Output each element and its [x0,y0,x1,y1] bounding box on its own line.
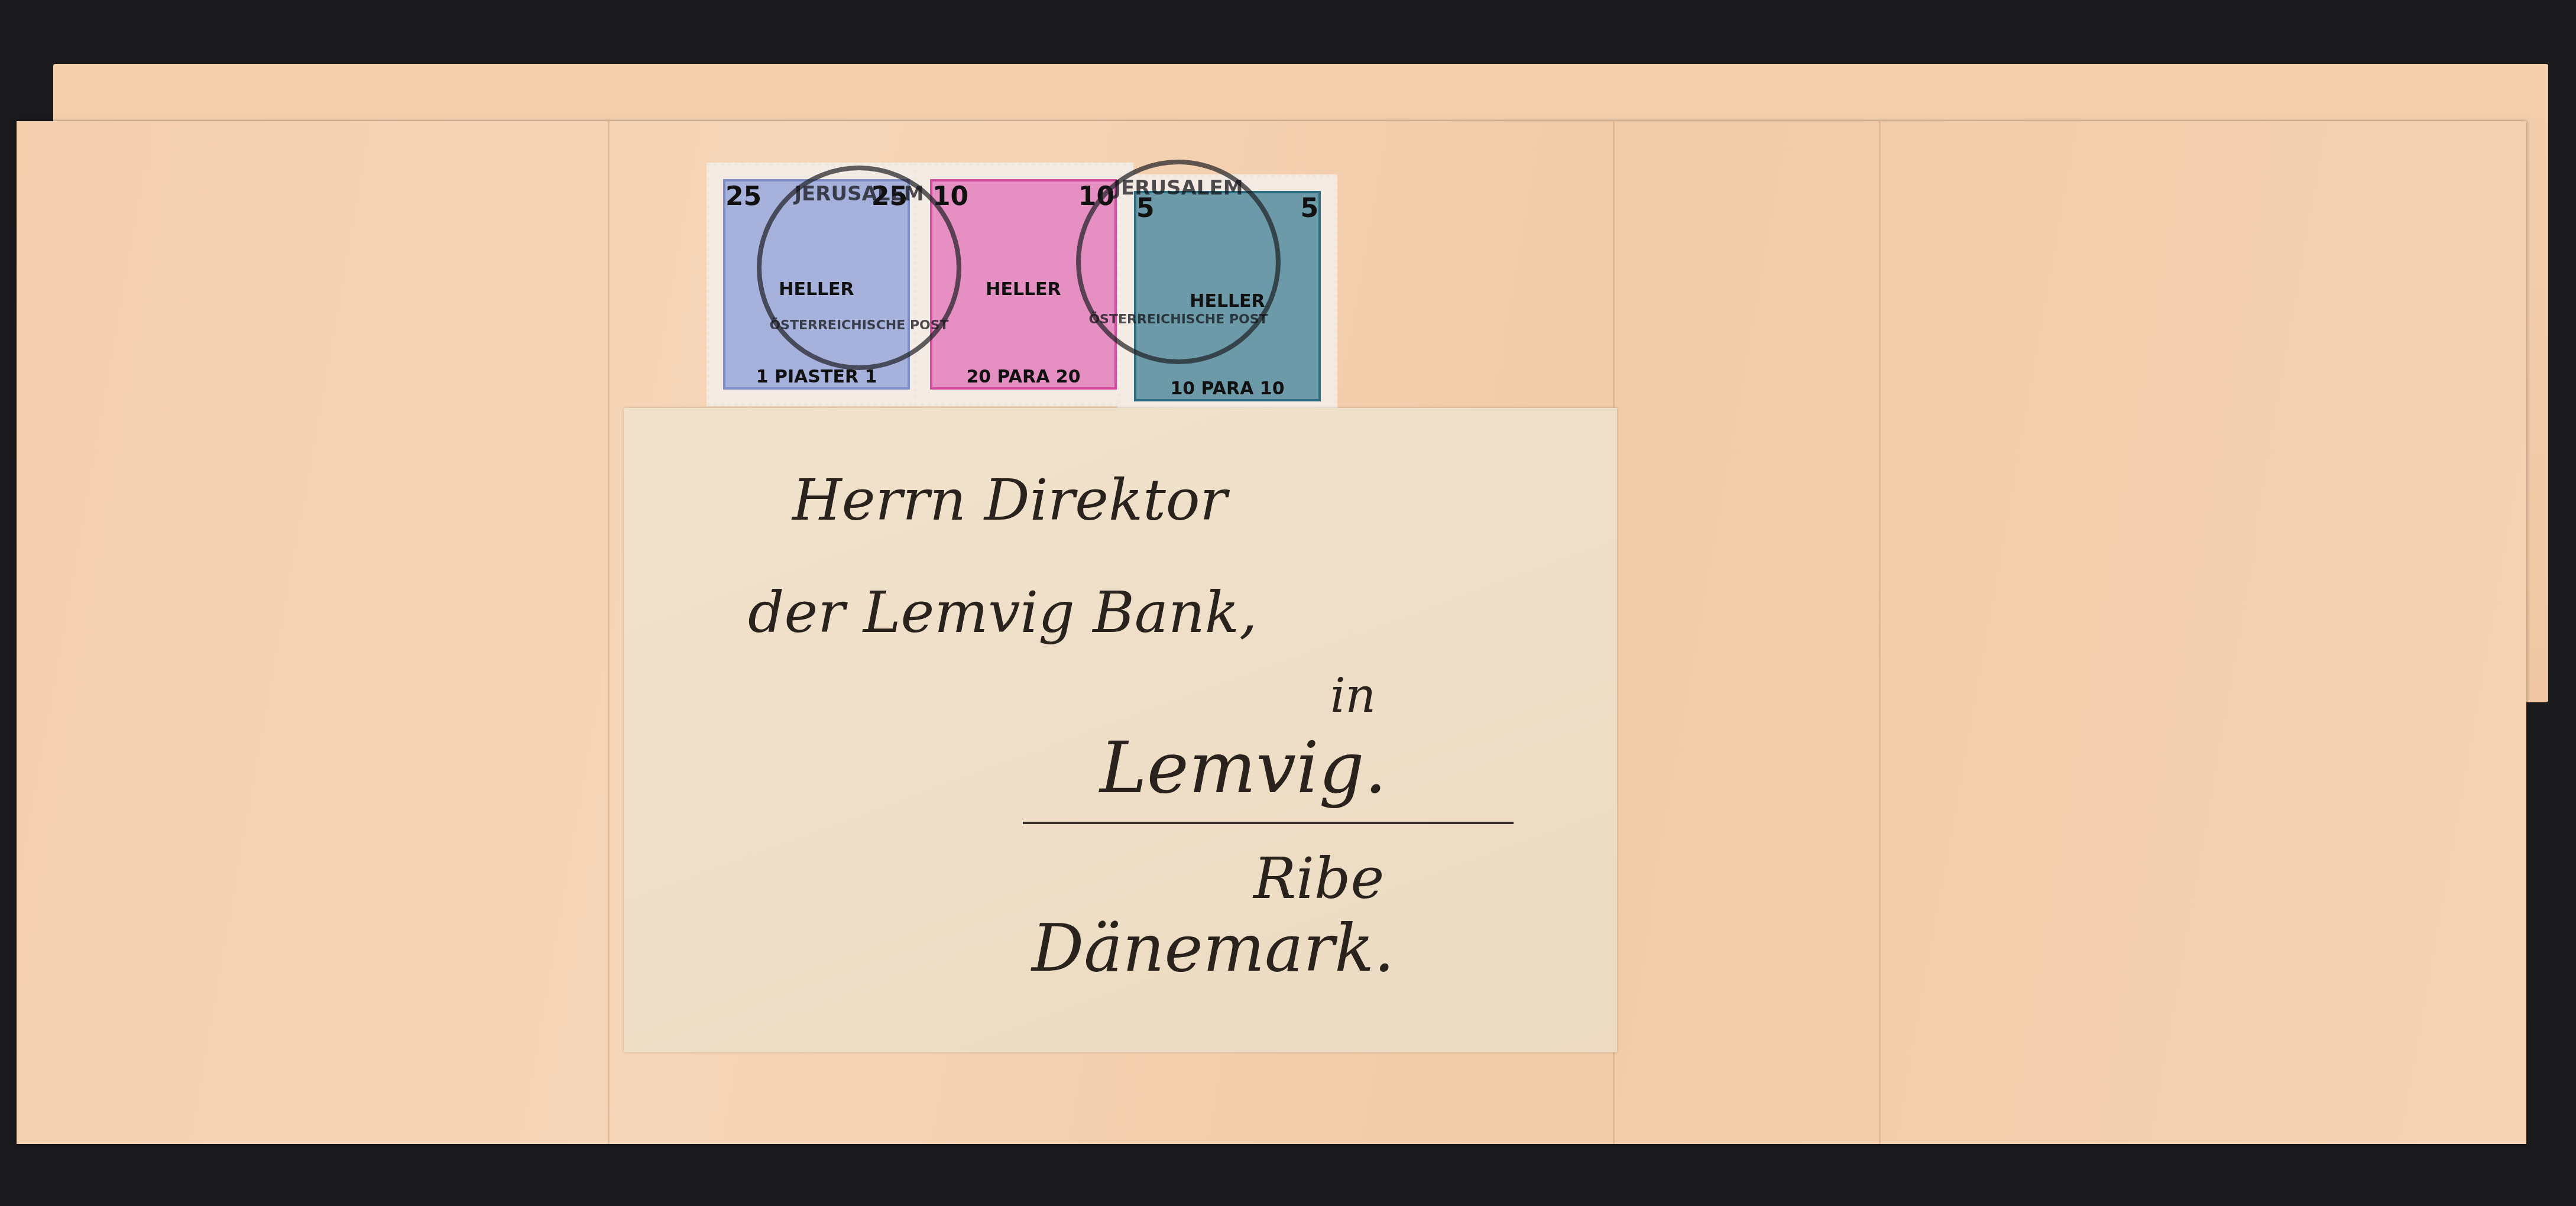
postmark-text: ÖSTERREICHISCHE POST [1081,312,1276,327]
fold-line [608,121,610,1144]
stamp-overprint: 10 PARA 10 [1170,378,1284,399]
address-city: Lemvig. [1100,727,1387,809]
address-region: Ribe [1253,845,1384,912]
stamp-overprint: 20 PARA 20 [966,367,1080,387]
stamp-value: 5 [1300,193,1318,223]
address-line: in [1330,668,1376,723]
stamp-frame-text: HELLER [986,279,1061,300]
postmark-text: JERUSALEM [762,182,957,206]
stamp-value: 25 [725,181,762,212]
postmark-text: ÖSTERREICHISCHE POST [762,318,957,333]
postmark-text: JERUSALEM [1081,176,1276,200]
address-line: Herrn Direktor [792,467,1227,533]
fold-line [1879,121,1881,1144]
postmark: JERUSALEM ÖSTERREICHISCHE POST [757,166,961,370]
postmark: JERUSALEM ÖSTERREICHISCHE POST [1076,160,1281,364]
address-underline [1023,822,1514,824]
address-country: Dänemark. [1032,910,1395,986]
address-line: der Lemvig Bank, [748,579,1257,646]
